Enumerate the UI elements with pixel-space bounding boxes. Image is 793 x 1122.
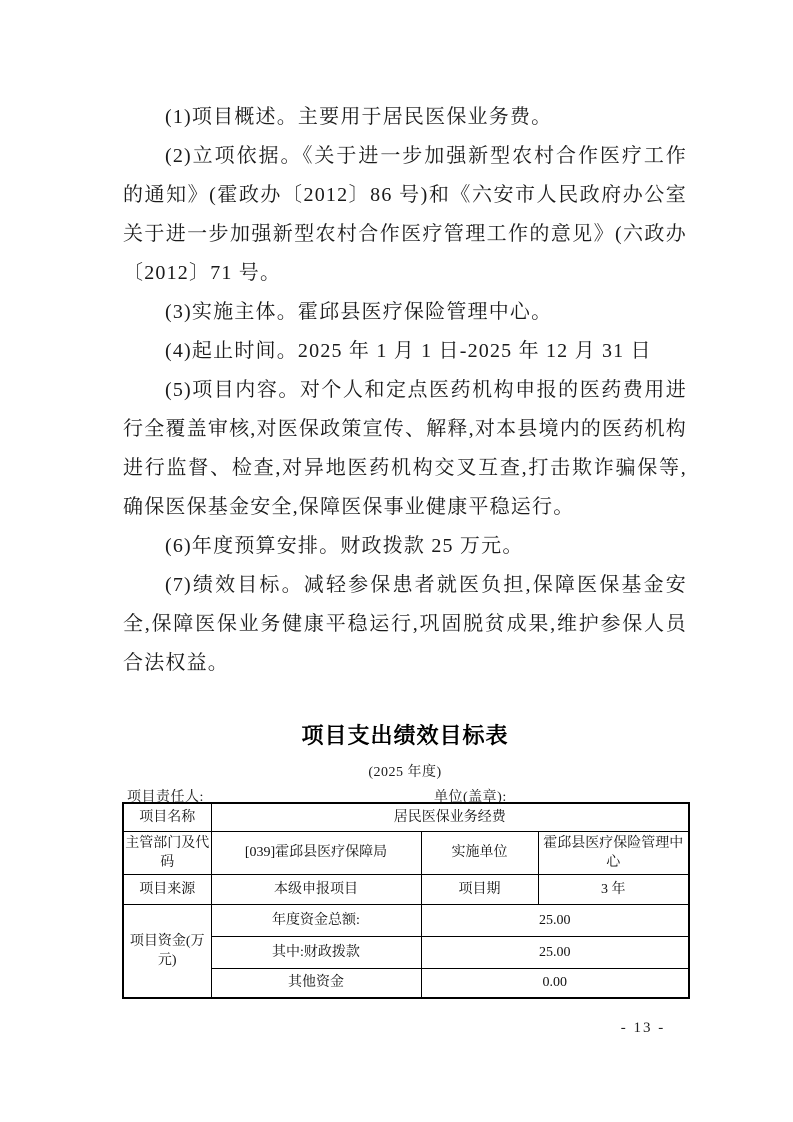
page-number: - 13 - bbox=[593, 1020, 693, 1037]
project-period-value-cell: 3 年 bbox=[538, 874, 689, 904]
body-paragraph-5: (5)项目内容。对个人和定点医药机构申报的医药费用进行全覆盖审核,对医保政策宣传… bbox=[123, 371, 687, 527]
annual-total-label-cell: 年度资金总额: bbox=[211, 904, 421, 936]
fiscal-appropriation-value-cell: 25.00 bbox=[421, 936, 689, 968]
other-funds-label-cell: 其他资金 bbox=[211, 968, 421, 998]
impl-unit-label-cell: 实施单位 bbox=[421, 831, 538, 874]
project-source-label-cell: 项目来源 bbox=[123, 874, 211, 904]
project-period-label-cell: 项目期 bbox=[421, 874, 538, 904]
dept-code-value-cell: [039]霍邱县医疗保障局 bbox=[211, 831, 421, 874]
table-year-subtitle: (2025 年度) bbox=[123, 761, 687, 781]
table-row-funds-total: 项目资金(万元) 年度资金总额: 25.00 bbox=[123, 904, 689, 936]
project-name-value-cell: 居民医保业务经费 bbox=[211, 803, 689, 831]
body-paragraph-2: (2)立项依据。《关于进一步加强新型农村合作医疗工作的通知》(霍政办〔2012〕… bbox=[123, 137, 687, 293]
body-paragraph-6: (6)年度预算安排。财政拨款 25 万元。 bbox=[123, 527, 687, 566]
document-body: (1)项目概述。主要用于居民医保业务费。 (2)立项依据。《关于进一步加强新型农… bbox=[123, 98, 687, 683]
impl-unit-value-cell: 霍邱县医疗保险管理中心 bbox=[538, 831, 689, 874]
table-row-project-name: 项目名称 居民医保业务经费 bbox=[123, 803, 689, 831]
fiscal-appropriation-label-cell: 其中:财政拨款 bbox=[211, 936, 421, 968]
project-source-value-cell: 本级申报项目 bbox=[211, 874, 421, 904]
body-paragraph-4: (4)起止时间。2025 年 1 月 1 日-2025 年 12 月 31 日 bbox=[123, 332, 687, 371]
body-paragraph-3: (3)实施主体。霍邱县医疗保险管理中心。 bbox=[123, 293, 687, 332]
body-paragraph-1: (1)项目概述。主要用于居民医保业务费。 bbox=[123, 98, 687, 137]
table-title: 项目支出绩效目标表 bbox=[123, 719, 687, 750]
document-page: (1)项目概述。主要用于居民医保业务费。 (2)立项依据。《关于进一步加强新型农… bbox=[0, 0, 793, 1122]
project-funds-label-cell: 项目资金(万元) bbox=[123, 904, 211, 998]
body-paragraph-7: (7)绩效目标。减轻参保患者就医负担,保障医保基金安全,保障医保业务健康平稳运行… bbox=[123, 566, 687, 683]
table-row-dept: 主管部门及代码 [039]霍邱县医疗保障局 实施单位 霍邱县医疗保险管理中心 bbox=[123, 831, 689, 874]
annual-total-value-cell: 25.00 bbox=[421, 904, 689, 936]
table-row-source: 项目来源 本级申报项目 项目期 3 年 bbox=[123, 874, 689, 904]
dept-code-label-cell: 主管部门及代码 bbox=[123, 831, 211, 874]
other-funds-value-cell: 0.00 bbox=[421, 968, 689, 998]
project-name-label-cell: 项目名称 bbox=[123, 803, 211, 831]
performance-target-table: 项目名称 居民医保业务经费 主管部门及代码 [039]霍邱县医疗保障局 实施单位… bbox=[122, 802, 690, 999]
